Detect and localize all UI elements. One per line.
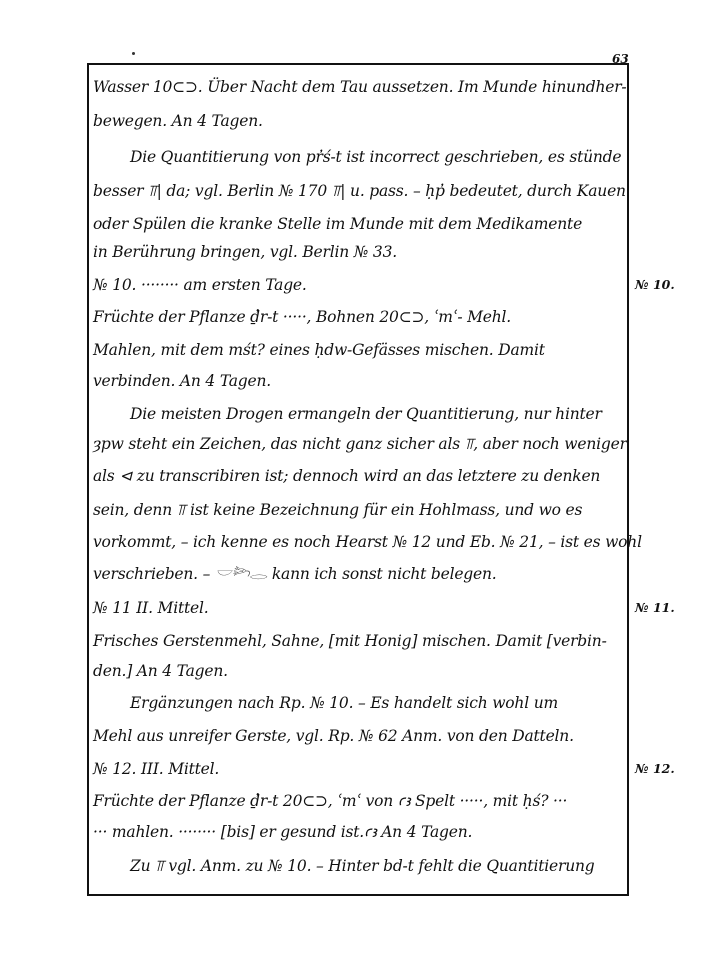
text-line: Mahlen, mit dem mśt? eines ḥdw-Gefässes … <box>93 340 545 360</box>
text-line: als ⊲ zu transcribiren ist; dennoch wird… <box>93 466 600 486</box>
text-line: Die Quantitierung von pr̓ś-t ist incorre… <box>130 147 621 167</box>
text-line: verschrieben. – 𓎟𓆸𓂋 kann ich sonst nicht… <box>93 564 497 584</box>
text-line: in Berührung bringen, vgl. Berlin № 33. <box>93 242 397 262</box>
text-line: oder Spülen die kranke Stelle im Munde m… <box>93 214 582 234</box>
text-line: ȝpw steht ein Zeichen, das nicht ganz si… <box>93 434 627 454</box>
text-line: ··· mahlen. ········ [bis] er gesund ist… <box>93 822 472 842</box>
text-line: Wasser 10⊂⊃. Über Nacht dem Tau aussetze… <box>93 77 626 97</box>
text-line: Mehl aus unreifer Gerste, vgl. Rp. № 62 … <box>93 726 574 746</box>
margin-recipe-number: № 12. <box>635 761 675 776</box>
text-line: Früchte der Pflanze ḏ̓r-t 20⊂⊃, ʿmʿ von … <box>93 791 567 811</box>
text-line: sein, denn ⫪ ist keine Bezeichnung für e… <box>93 500 582 520</box>
text-line: bewegen. An 4 Tagen. <box>93 111 263 131</box>
text-line: № 11 II. Mittel. <box>93 598 209 618</box>
text-line: verbinden. An 4 Tagen. <box>93 371 271 391</box>
text-line: besser ⫪| da; vgl. Berlin № 170 ⫪| u. pa… <box>93 181 626 201</box>
speck <box>132 52 135 55</box>
text-line: vorkommt, – ich kenne es noch Hearst № 1… <box>93 532 642 552</box>
text-line: № 12. III. Mittel. <box>93 759 219 779</box>
text-line: № 10. ········ am ersten Tage. <box>93 275 307 295</box>
text-line: Früchte der Pflanze ḏ̓r-t ·····, Bohnen … <box>93 307 511 327</box>
text-line: Zu ⫪ vgl. Anm. zu № 10. – Hinter bd-t fe… <box>130 856 594 876</box>
margin-recipe-number: № 11. <box>635 600 675 615</box>
text-line: Die meisten Drogen ermangeln der Quantit… <box>130 404 602 424</box>
text-line: Ergänzungen nach Rp. № 10. – Es handelt … <box>130 693 558 713</box>
text-line: den.] An 4 Tagen. <box>93 661 228 681</box>
margin-recipe-number: № 10. <box>635 277 675 292</box>
text-line: Frisches Gerstenmehl, Sahne, [mit Honig]… <box>93 631 607 651</box>
